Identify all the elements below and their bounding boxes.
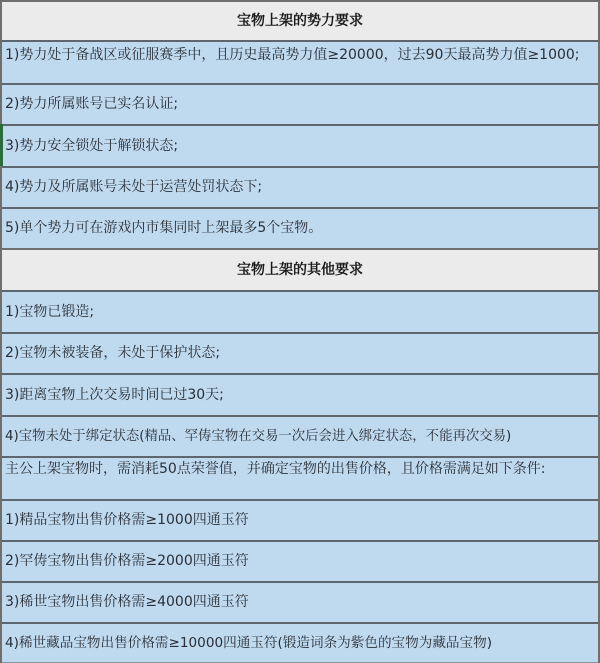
table-row: 1)精品宝物出售价格需≥1000四通玉符 [2,499,598,541]
requirement-text: 2)势力所属账号已实名认证; [5,94,178,115]
requirement-text: 3)势力安全锁处于解锁状态; [5,136,178,157]
requirement-text: 5)单个势力可在游戏内市集同时上架最多5个宝物。 [5,218,322,239]
table-row: 5)单个势力可在游戏内市集同时上架最多5个宝物。 [2,207,598,249]
price-requirement-text: 3)稀世宝物出售价格需≥4000四通玉符 [5,592,249,613]
requirement-text: 3)距离宝物上次交易时间已过30天; [5,385,224,406]
price-requirement-text: 4)稀世藏品宝物出售价格需≥10000四通玉符(锻造词条为紫色的宝物为藏品宝物) [5,633,492,654]
requirement-text: 2)宝物未被装备，未处于保护状态; [5,343,220,364]
section-title: 宝物上架的势力要求 [237,11,363,32]
requirement-text: 4)势力及所属账号未处于运营处罚状态下; [5,177,262,198]
table-row: 主公上架宝物时，需消耗50点荣誉值，并确定宝物的出售价格，且价格需满足如下条件: [2,456,598,500]
section-title: 宝物上架的其他要求 [237,260,363,281]
price-requirement-text: 1)精品宝物出售价格需≥1000四通玉符 [5,510,249,531]
row-accent-marker [0,124,3,166]
table-row: 3)距离宝物上次交易时间已过30天; [2,373,598,416]
requirement-text: 4)宝物未处于绑定状态(精品、罕俦宝物在交易一次后会进入绑定状态，不能再次交易) [5,426,511,447]
table-row: 2)罕俦宝物出售价格需≥2000四通玉符 [2,540,598,582]
table-row: 1)势力处于备战区或征服赛季中，且历史最高势力值≥20000，过去90天最高势力… [2,40,598,84]
section-header-faction-requirements: 宝物上架的势力要求 [2,0,598,41]
table-row: 1)宝物已锻造; [2,290,598,333]
requirement-text: 1)宝物已锻造; [5,302,94,323]
table-row: 4)势力及所属账号未处于运营处罚状态下; [2,166,598,208]
table-row: 2)宝物未被装备，未处于保护状态; [2,332,598,374]
table-row: 3)势力安全锁处于解锁状态; [2,124,598,167]
table-row: 4)稀世藏品宝物出售价格需≥10000四通玉符(锻造词条为紫色的宝物为藏品宝物) [2,622,598,663]
price-requirement-text: 2)罕俦宝物出售价格需≥2000四通玉符 [5,551,249,572]
table-row: 4)宝物未处于绑定状态(精品、罕俦宝物在交易一次后会进入绑定状态，不能再次交易) [2,415,598,457]
table-row: 3)稀世宝物出售价格需≥4000四通玉符 [2,581,598,623]
table-row: 2)势力所属账号已实名认证; [2,83,598,125]
requirements-table: 宝物上架的势力要求 1)势力处于备战区或征服赛季中，且历史最高势力值≥20000… [0,0,600,663]
requirement-text: 1)势力处于备战区或征服赛季中，且历史最高势力值≥20000，过去90天最高势力… [5,45,580,66]
section-header-other-requirements: 宝物上架的其他要求 [2,248,598,291]
requirement-text: 主公上架宝物时，需消耗50点荣誉值，并确定宝物的出售价格，且价格需满足如下条件: [5,459,546,480]
